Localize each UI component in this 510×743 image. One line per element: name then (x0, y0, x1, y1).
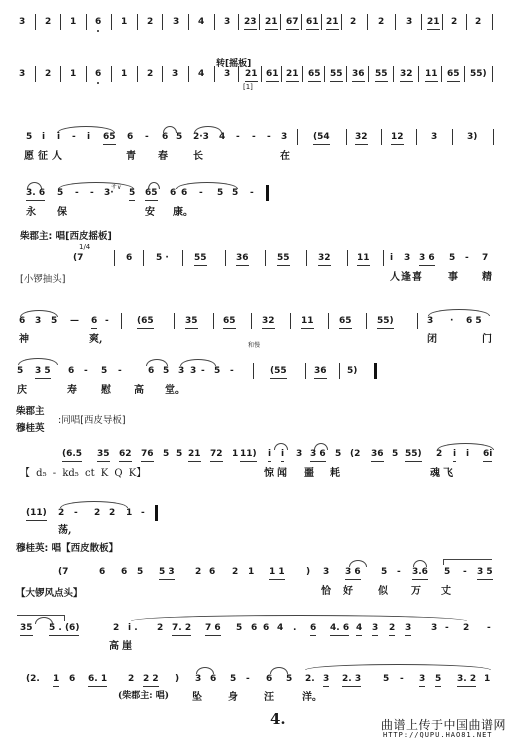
score-line-2: 3 2 1 6 1 2 3 4 3 21 [1] 61 21 65 55 36 … (0, 68, 510, 82)
final-barline (155, 505, 158, 521)
note: 55 (330, 68, 343, 82)
note: i (268, 448, 271, 462)
lyric: 慰 (101, 381, 111, 396)
note: 65 (339, 315, 352, 329)
final-barline (266, 185, 269, 201)
fermata-note: 5) (347, 365, 357, 377)
lyric: 在 (280, 147, 290, 162)
barline (442, 14, 443, 30)
note: 2 (157, 622, 163, 634)
slur (18, 358, 58, 365)
note: 61 (306, 16, 319, 30)
lyric: 坠 (192, 688, 202, 703)
note: 2 (45, 16, 51, 28)
note: 3 (323, 566, 329, 578)
barline (328, 313, 329, 329)
note: 3 (431, 622, 437, 634)
note: 1 (70, 16, 76, 28)
barline (368, 66, 369, 82)
dash: - (75, 187, 79, 199)
note: 35 (20, 622, 33, 636)
note: 6 (310, 622, 316, 636)
note: 1 (121, 16, 127, 28)
barline (421, 14, 422, 30)
note: 3 (323, 673, 329, 687)
barline (302, 66, 303, 82)
barline (261, 66, 262, 82)
barline (251, 313, 252, 329)
note: 2 (389, 622, 395, 636)
note: 6 (209, 566, 215, 578)
note: 6i (483, 448, 492, 462)
barline (265, 250, 266, 266)
note: 65 (103, 131, 116, 145)
note: 21 (326, 16, 339, 30)
barline (321, 14, 322, 30)
note: 3 (35, 315, 41, 327)
barline (188, 14, 189, 30)
note: 5 (444, 566, 450, 578)
note: 5 (236, 622, 242, 634)
low-octave-dot (97, 82, 99, 84)
barline (253, 363, 254, 379)
note: 5 . (6) (49, 622, 79, 636)
note: 5 (214, 365, 220, 377)
note: i (281, 448, 284, 462)
measure-marker: [1] (243, 83, 253, 91)
note: 36 (352, 68, 365, 82)
lyric: 保 (57, 203, 67, 218)
watermark-url: HTTP://QUPU.HAO81.NET (383, 731, 493, 739)
note: 2 (475, 16, 481, 28)
note: 65 (308, 68, 321, 82)
dash: - (463, 566, 467, 578)
note: 6 (210, 673, 216, 685)
lyric: 闭 (427, 330, 437, 345)
note: i (57, 131, 60, 143)
barline (341, 14, 342, 30)
note: 5 (381, 566, 387, 578)
lyric: 身 (228, 688, 238, 703)
dash: - (199, 187, 203, 199)
note: 6 (263, 622, 269, 634)
note: 6 (181, 187, 187, 199)
note: 4 (219, 131, 225, 143)
lyric: 丈 (441, 582, 451, 597)
slur (58, 182, 134, 189)
note: 1 (53, 673, 59, 687)
note: 5 3 (159, 566, 175, 580)
note: 6 (69, 673, 75, 685)
note: 1 (126, 507, 132, 519)
dash: - (267, 131, 271, 143)
fermata-note: 3 (281, 131, 287, 143)
slur (131, 615, 467, 621)
note: 12 (391, 131, 404, 145)
note: 2 (113, 622, 119, 634)
note: 2 (147, 16, 153, 28)
note: 5 (17, 365, 23, 377)
phrase-bracket (443, 559, 492, 565)
lyric: 高崖 (109, 637, 135, 652)
note: 2 (147, 68, 153, 80)
slur (305, 664, 491, 670)
note: 5 (57, 187, 63, 199)
note: 5 (51, 315, 57, 327)
barline (137, 66, 138, 82)
note: 3 5 (35, 365, 51, 379)
lyric: 康。 (173, 203, 193, 218)
note: 61 (266, 68, 279, 82)
lyric: 高 (134, 381, 144, 396)
lyric: 门 (482, 330, 492, 345)
note: 1 (70, 68, 76, 80)
barline (214, 66, 215, 82)
note: 6 (95, 16, 101, 28)
dash: - (445, 622, 449, 634)
lyric: 精 (482, 268, 492, 283)
score-line-11: 35 5 . (6) 2 i . 2 7. 2 7 6 5 6 6 4 . 6 … (0, 622, 510, 636)
lyric: 长 (193, 147, 203, 162)
score-line-10: (7 6 6 5 5 3 2 6 2 1 1 1 ) 3 3 6 5 - 3.6… (0, 566, 510, 580)
note: (6.5 (62, 448, 82, 462)
percussion-pattern: 【 d₅ - kd₅ ct K Q K】 (20, 464, 146, 479)
dash: - (487, 622, 491, 634)
note: 3) (467, 131, 477, 143)
barline (214, 14, 215, 30)
lyric: 魂飞 (430, 464, 456, 479)
dash: - (90, 187, 94, 199)
barline (441, 66, 442, 82)
note: 5 (392, 448, 398, 460)
note: (55 (270, 365, 287, 379)
dash: - (246, 673, 250, 685)
note: 67 (286, 16, 299, 30)
note: 5 (335, 448, 341, 460)
note: i (453, 448, 456, 462)
note: 35 (97, 448, 110, 462)
note: 2 (232, 566, 238, 578)
dot: · (450, 315, 453, 327)
barline (418, 66, 419, 82)
note: 32 (262, 315, 275, 329)
note: 3 (195, 673, 201, 685)
note: 36 (314, 365, 327, 379)
note: 11 (301, 315, 314, 329)
note: 11) (240, 448, 257, 462)
note: 3 (178, 365, 184, 377)
note: i (390, 252, 393, 264)
note: 5 · (156, 252, 169, 264)
note: 6 (148, 365, 154, 377)
note: 3 (173, 16, 179, 28)
note: 55 (194, 252, 207, 266)
singer-label: 穆桂英: 唱【西皮散板】 (16, 540, 118, 554)
dash: - (105, 315, 109, 327)
score-line-12: (2. 1 6 6. 1 2 2 2 ) 3 6 5 - 6 5 2. 3 2.… (0, 673, 510, 687)
lyric: 青 (126, 147, 136, 162)
barline (417, 313, 418, 329)
barline (143, 250, 144, 266)
note: 2 (195, 566, 201, 578)
score-line-4: 3. 6 5 - - 3· サ∨ 5 65 6 6 - 5 5 - (0, 187, 510, 201)
note: 62 (119, 448, 132, 462)
note: ) (175, 673, 179, 685)
note: 7 6 (205, 622, 221, 636)
barline (366, 313, 367, 329)
note: 5 (383, 673, 389, 685)
note: 36 (371, 448, 384, 462)
note: 72 (210, 448, 223, 462)
note: 4 (198, 16, 204, 28)
final-barline (374, 363, 377, 379)
note: 2 (58, 507, 64, 519)
lyric: 好 (343, 582, 353, 597)
note: 21 (188, 448, 201, 462)
note: ) (306, 566, 310, 578)
barline (111, 14, 112, 30)
dash: - (230, 365, 234, 377)
barline (86, 66, 87, 82)
note: i . (128, 622, 138, 634)
note: 6 (251, 622, 257, 634)
barline (174, 313, 175, 329)
note: 3 (224, 68, 230, 80)
note: 6 5 (466, 315, 482, 327)
lyric: 愿征人 (24, 147, 66, 162)
note: 3 (431, 131, 437, 143)
note: 11 (357, 252, 370, 266)
singing-instruction: :同唱[西皮导板] (58, 412, 126, 426)
barline (162, 14, 163, 30)
lyric: 耗 (330, 464, 340, 479)
note: 1 (232, 448, 238, 460)
score-line-7: 5 3 5 6 - 5 - 6 5 3 3 - 5 - (55 36 5) (0, 365, 510, 379)
note: 3. 6 (26, 187, 45, 201)
barline (225, 250, 226, 266)
lyric: 洋。 (302, 688, 322, 703)
barline (493, 129, 494, 145)
note: 55) (377, 315, 394, 329)
barline (137, 14, 138, 30)
score-line-3: 5 i i - i 65 6 - 6 5 2·3 4 - - - 3 (54 3… (0, 131, 510, 145)
dash: - (74, 507, 78, 519)
barline (60, 14, 61, 30)
note: 6 (126, 252, 132, 264)
note: 21 (265, 16, 278, 30)
note: 6 (19, 315, 25, 327)
note: 6 (99, 566, 105, 578)
dash: - (250, 187, 254, 199)
barline (346, 129, 347, 145)
note: 3 (19, 16, 25, 28)
barline (213, 313, 214, 329)
note: 3 (296, 448, 302, 460)
note: 2 2 (143, 673, 159, 687)
note: 6 (162, 131, 168, 143)
note: 4 (198, 68, 204, 80)
dash: - (141, 507, 145, 519)
grace-breath-mark: サ∨ (111, 182, 121, 191)
note: 11 (425, 68, 438, 82)
barline (466, 14, 467, 30)
note: 5 (286, 673, 292, 685)
note: 5 (176, 448, 182, 460)
note: 3 (172, 68, 178, 80)
barline (111, 66, 112, 82)
lyric: 事 (448, 268, 458, 283)
note: 32 (318, 252, 331, 266)
note: 5 (217, 187, 223, 199)
low-octave-dot (97, 30, 99, 32)
note: 6 (266, 673, 272, 685)
lyric: 似 (378, 582, 388, 597)
lyric: 寿 (67, 381, 77, 396)
note: 3 (224, 16, 230, 28)
note: 2 (436, 448, 442, 460)
barline (182, 250, 183, 266)
note: 7 (482, 252, 488, 264)
note: 3 (405, 622, 411, 636)
note: 6 (121, 566, 127, 578)
barline (393, 66, 394, 82)
note: 2 (45, 68, 51, 80)
lyric: 荡, (58, 521, 71, 536)
barline (290, 313, 291, 329)
note: 2·3 (193, 131, 209, 143)
note: 1 (121, 68, 127, 80)
note: 3 6 (419, 252, 435, 266)
note: 6 (95, 68, 101, 80)
barline (86, 14, 87, 30)
singer-label: 柴郡主: 唱[西皮摇板] (20, 228, 112, 242)
note: 2. 3 (342, 673, 361, 687)
note: 2 (128, 673, 134, 685)
note: (11) (26, 507, 47, 521)
note: 6 (91, 315, 97, 329)
barline (339, 363, 340, 379)
note: 65 (145, 187, 158, 201)
barline (280, 14, 281, 30)
barline (395, 14, 396, 30)
note: 6 (170, 187, 176, 199)
barline (305, 363, 306, 379)
note: 4. 6 (330, 622, 349, 636)
lyric: 爽, (89, 330, 102, 345)
note: 1 (484, 673, 490, 685)
barline (367, 14, 368, 30)
note: (2 (350, 448, 360, 460)
note: 3 (404, 252, 410, 264)
dash: — (70, 315, 79, 327)
barline (238, 66, 239, 82)
barline (60, 66, 61, 82)
barline (416, 129, 417, 145)
note: 4 (356, 622, 362, 636)
note: 3 (419, 673, 425, 687)
barline (162, 66, 163, 82)
note: 3. 2 (457, 673, 476, 687)
note: (2. (26, 673, 40, 685)
tempo-note: 和慢 (248, 340, 260, 349)
barline (35, 14, 36, 30)
note: 6 (68, 365, 74, 377)
note: 4 (277, 622, 283, 634)
note: 2 (463, 622, 469, 634)
note: 55 (277, 252, 290, 266)
note: 3 (19, 68, 25, 80)
note: 3 (427, 315, 433, 327)
note: 3 6 (310, 448, 326, 462)
note: 5 (176, 131, 182, 143)
note: 7. 2 (172, 622, 191, 636)
note: 55 (375, 68, 388, 82)
note: 55) (405, 448, 422, 462)
score-line-1: 3 2 1 6 1 2 3 4 3 23 21 67 61 21 2 2 3 2… (0, 16, 510, 30)
dash: - (400, 673, 404, 685)
note: i (42, 131, 45, 143)
note: 3 6 (345, 566, 361, 580)
barline (121, 313, 122, 329)
note: 5 (449, 252, 455, 264)
lyric: 人逢喜 (390, 268, 423, 283)
dash: - (72, 131, 76, 143)
barline (188, 66, 189, 82)
note: 1 1 (269, 566, 285, 580)
score-line-6: 6 3 5 — 6 - (65 35 65 32 11 65 55) 3 · 6… (0, 315, 510, 329)
barline (381, 129, 382, 145)
note: 21 (286, 68, 299, 82)
singer-label: 柴郡主 (16, 403, 45, 417)
note: 5 (230, 673, 236, 685)
time-signature: 1/4 (79, 243, 90, 251)
note: 36 (236, 252, 249, 266)
barline (281, 66, 282, 82)
note: 65 (447, 68, 460, 82)
note: 5 (26, 131, 32, 143)
barline (35, 66, 36, 82)
lyric: 春 (158, 147, 168, 162)
note: 5 (163, 365, 169, 377)
note: 2 (94, 507, 100, 519)
barline (259, 14, 260, 30)
barline (492, 14, 493, 30)
note: 2 (378, 16, 384, 28)
note: 76 (141, 448, 154, 462)
barline (238, 14, 239, 30)
note: (54 (313, 131, 330, 145)
percussion-label: 【大锣风点头】 (16, 585, 83, 599)
note: 6 (127, 131, 133, 143)
note: 32 (355, 131, 368, 145)
lyric: 永 (26, 203, 36, 218)
lyric: 万 (411, 582, 421, 597)
dot: . (293, 622, 296, 634)
page-number: 4. (270, 710, 286, 728)
lyric: 堂。 (165, 381, 185, 396)
note: (7 (73, 252, 83, 264)
dash: - (145, 131, 149, 143)
note: 6. 1 (88, 673, 107, 687)
barline (324, 66, 325, 82)
barline (301, 14, 302, 30)
dash: - (201, 365, 205, 377)
note: 21 (427, 16, 440, 30)
note: 2 (350, 16, 356, 28)
barline (347, 250, 348, 266)
note: 2. (305, 673, 315, 685)
note: 23 (244, 16, 257, 30)
